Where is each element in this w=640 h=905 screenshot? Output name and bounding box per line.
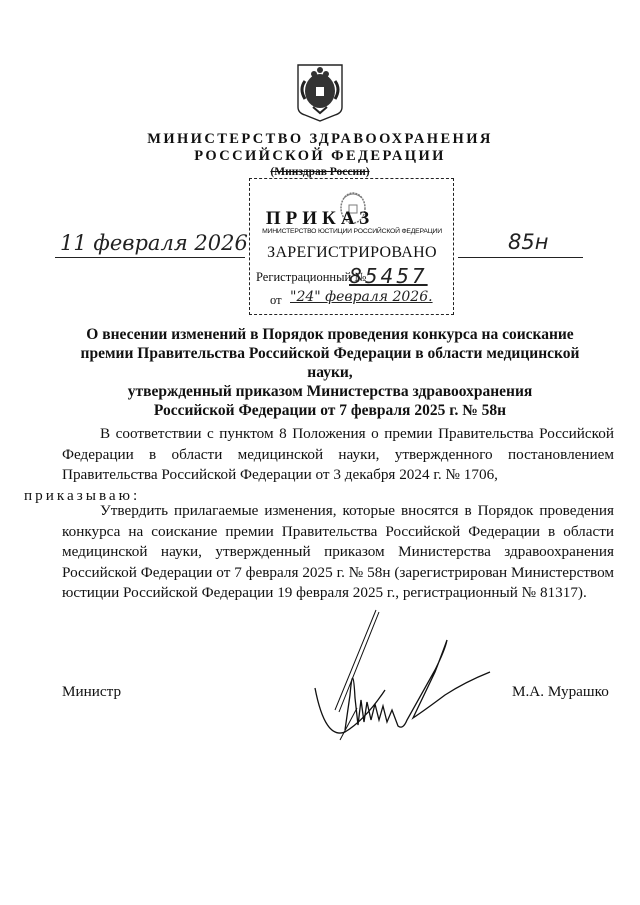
ministry-name-line2: РОССИЙСКОЙ ФЕДЕРАЦИИ xyxy=(0,148,640,165)
order-number-underline xyxy=(458,257,583,258)
stamp-status: ЗАРЕГИСТРИРОВАНО xyxy=(252,244,452,262)
title-line-2: премии Правительства Российской Федераци… xyxy=(60,344,600,382)
directive-paragraph: Утвердить прилагаемые изменения, которые… xyxy=(62,501,614,604)
stamp-date-value: "24" февраля 2026. xyxy=(290,289,433,305)
order-number: 85н xyxy=(508,230,548,254)
document-title: О внесении изменений в Порядок проведени… xyxy=(60,325,600,420)
preamble-text: В соответствии с пунктом 8 Положения о п… xyxy=(62,425,614,483)
stamp-reg-number-value: 85457 xyxy=(349,264,428,288)
title-line-1: О внесении изменений в Порядок проведени… xyxy=(60,325,600,344)
stamp-authority: МИНИСТЕРСТВО ЮСТИЦИИ РОССИЙСКОЙ ФЕДЕРАЦИ… xyxy=(252,228,452,235)
handwritten-signature-icon xyxy=(295,600,525,745)
document-type-heading: ПРИКАЗ xyxy=(0,208,640,230)
order-date: 11 февраля 2026 xyxy=(60,231,248,255)
directive-text: Утвердить прилагаемые изменения, которые… xyxy=(62,501,614,604)
ministry-short-name: (Минздрав России) xyxy=(0,166,640,178)
title-line-3: утвержденный приказом Министерства здрав… xyxy=(60,382,600,401)
stamp-date-label: от xyxy=(270,293,282,308)
coat-of-arms-icon xyxy=(295,63,345,123)
order-date-underline xyxy=(55,257,245,258)
ministry-name-line1: МИНИСТЕРСТВО ЗДРАВООХРАНЕНИЯ xyxy=(0,131,640,148)
preamble-paragraph: В соответствии с пунктом 8 Положения о п… xyxy=(62,424,614,506)
signatory-name: М.А. Мурашко xyxy=(512,683,609,701)
signatory-role: Министр xyxy=(62,683,121,701)
title-line-4: Российской Федерации от 7 февраля 2025 г… xyxy=(60,401,600,420)
